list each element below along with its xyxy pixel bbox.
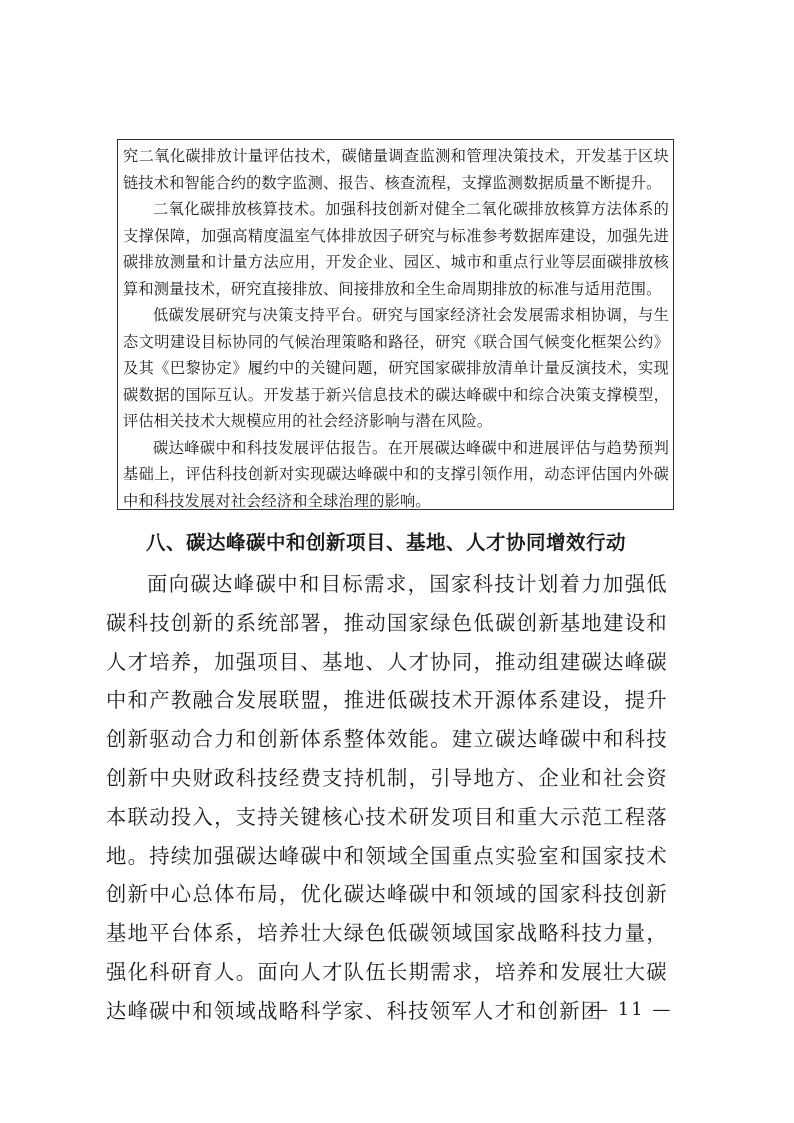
box-paragraph-assessment-report: 碳达峰碳中和科技发展评估报告。在开展碳达峰碳中和进展评估与趋势预判基础上，评估科… [123,435,669,515]
boxed-text-panel: 究二氧化碳排放计量评估技术，碳储量调查监测和管理决策技术，开发基于区块链技术和智… [117,139,674,510]
section-body-paragraph: 面向碳达峰碳中和目标需求，国家科技计划着力加强低碳科技创新的系统部署，推动国家绿… [106,565,668,1031]
section-heading: 八、碳达峰碳中和创新项目、基地、人才协同增效行动 [118,527,678,559]
box-paragraph-emission-accounting: 二氧化碳排放核算技术。加强科技创新对健全二氧化碳排放核算方法体系的支撑保障，加强… [123,196,669,302]
box-paragraph-decision-platform: 低碳发展研究与决策支持平台。研究与国家经济社会发展需求相协调，与生态文明建设目标… [123,302,669,435]
page-number: — 11 — [590,998,672,1022]
section-body: 面向碳达峰碳中和目标需求，国家科技计划着力加强低碳科技创新的系统部署，推动国家绿… [106,565,668,1031]
box-paragraph-1: 究二氧化碳排放计量评估技术，碳储量调查监测和管理决策技术，开发基于区块链技术和智… [123,143,669,196]
